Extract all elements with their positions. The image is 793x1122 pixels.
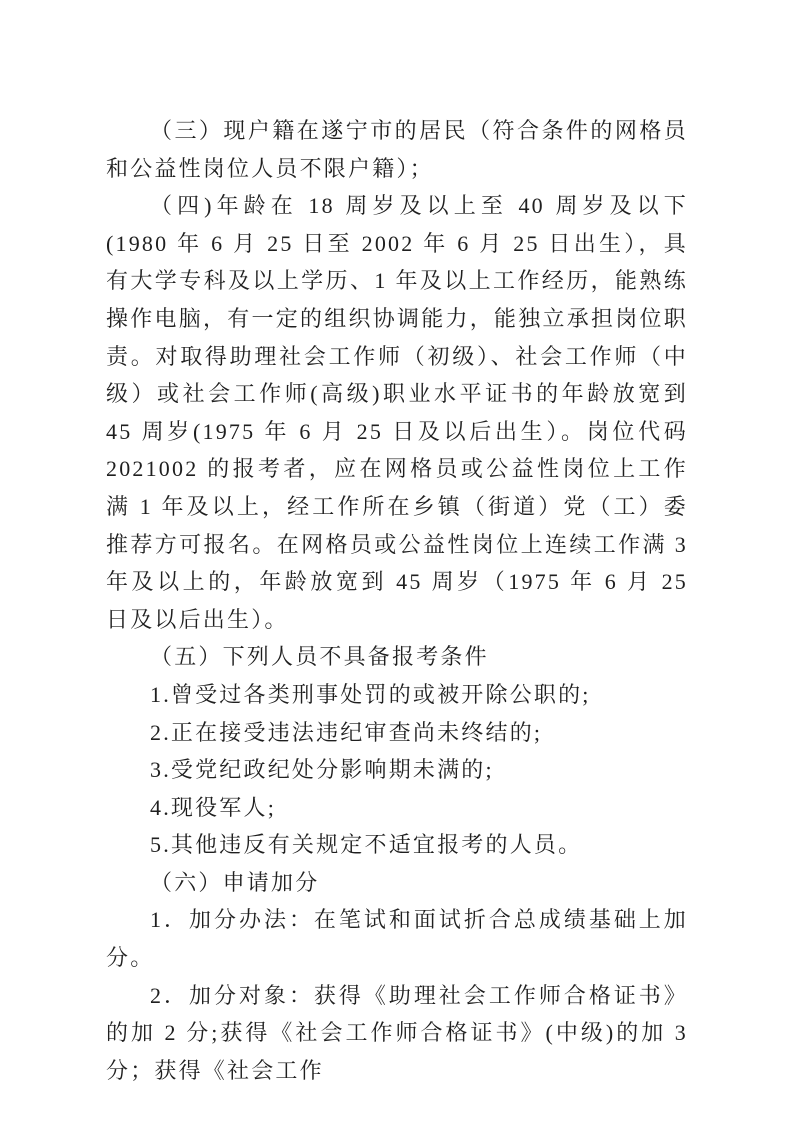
item-5-1-criminal-punishment: 1.曾受过各类刑事处罚的或被开除公职的; xyxy=(106,676,688,714)
item-6-1-bonus-method: 1．加分办法：在笔试和面试折合总成绩基础上加分。 xyxy=(106,901,688,976)
item-6-2-bonus-targets: 2．加分对象：获得《助理社会工作师合格证书》的加 2 分;获得《社会工作师合格证… xyxy=(106,977,688,1090)
item-5-5-other-violations: 5.其他违反有关规定不适宜报考的人员。 xyxy=(106,826,688,864)
item-5-4-active-military: 4.现役军人; xyxy=(106,789,688,827)
paragraph-4-age-requirements: （四)年龄在 18 周岁及以上至 40 周岁及以下(1980 年 6 月 25 … xyxy=(106,187,688,638)
item-5-2-under-investigation: 2.正在接受违法违纪审查尚未终结的; xyxy=(106,714,688,752)
document-text-block: （三）现户籍在遂宁市的居民（符合条件的网格员和公益性岗位人员不限户籍）； （四)… xyxy=(106,112,688,1089)
heading-6-bonus-points: （六）申请加分 xyxy=(106,864,688,902)
item-5-3-disciplinary-period: 3.受党纪政纪处分影响期未满的; xyxy=(106,751,688,789)
paragraph-3-residency: （三）现户籍在遂宁市的居民（符合条件的网格员和公益性岗位人员不限户籍）； xyxy=(106,112,688,187)
document-page: （三）现户籍在遂宁市的居民（符合条件的网格员和公益性岗位人员不限户籍）； （四)… xyxy=(0,0,793,1122)
heading-5-ineligible-persons: （五）下列人员不具备报考条件 xyxy=(106,638,688,676)
